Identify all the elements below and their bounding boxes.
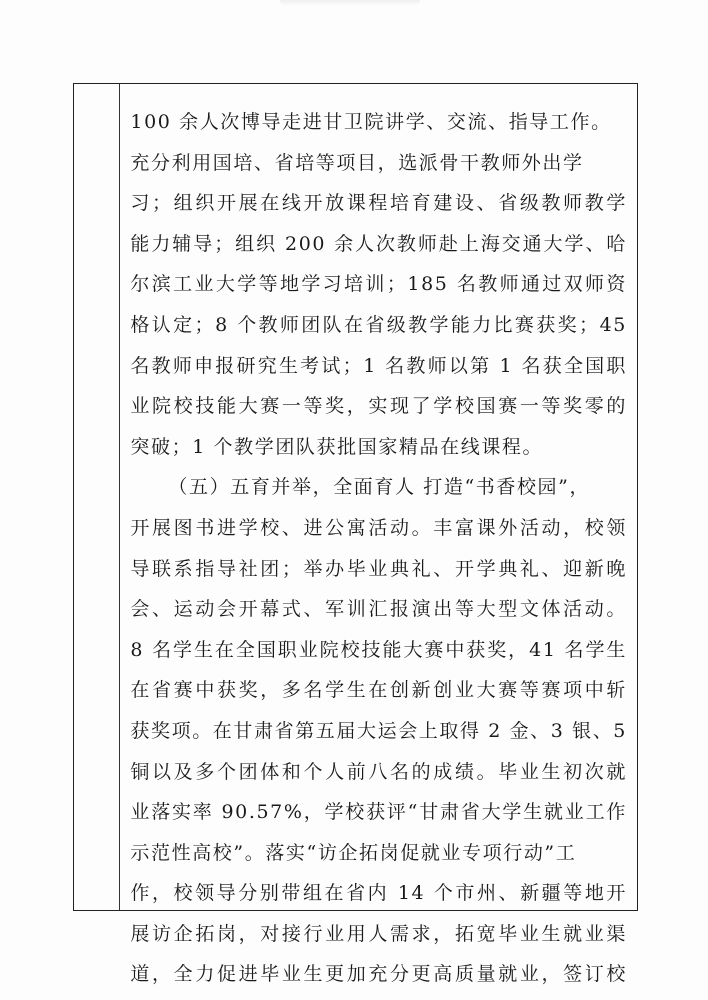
text-line: 充分利用国培、省培等项目，选派骨干教师外出学: [130, 143, 627, 184]
text-line: 名教师申报研究生考试；1 名教师以第 1 名获全国职: [130, 346, 627, 387]
text-line: 突破；1 个教学团队获批国家精品在线课程。: [130, 427, 627, 468]
text-line: 100 余人次博导走进甘卫院讲学、交流、指导工作。: [130, 102, 627, 143]
text-line: 能力辅导；组织 200 余人次教师赴上海交通大学、哈: [130, 224, 627, 265]
section-heading-line: （五）五育并举，全面育人 打造“书香校园”，: [130, 467, 627, 508]
text-line: 尔滨工业大学等地学习培训；185 名教师通过双师资: [130, 264, 627, 305]
text-line: 8 名学生在全国职业院校技能大赛中获奖，41 名学生: [130, 630, 627, 671]
text-line: 获奖项。在甘肃省第五届大运会上取得 2 金、3 银、5: [130, 711, 627, 752]
text-line: 在省赛中获奖，多名学生在创新创业大赛等赛项中斩: [130, 670, 627, 711]
table-label-cell: [74, 84, 120, 910]
table-content-cell: 100 余人次博导走进甘卫院讲学、交流、指导工作。 充分利用国培、省培等项目，选…: [120, 84, 637, 910]
text-line: 格认定；8 个教师团队在省级教学能力比赛获奖；45: [130, 305, 627, 346]
text-line: 作，校领导分别带组在省内 14 个市州、新疆等地开: [130, 873, 627, 914]
text-line: 道，全力促进毕业生更加充分更高质量就业，签订校: [130, 954, 627, 995]
text-line: 会、运动会开幕式、军训汇报演出等大型文体活动。: [130, 589, 627, 630]
text-line: 习；组织开展在线开放课程培育建设、省级教师教学: [130, 183, 627, 224]
scan-artifact: [280, 0, 420, 6]
text-line: 展访企拓岗，对接行业用人需求，拓宽毕业生就业渠: [130, 914, 627, 955]
text-line: 示范性高校”。落实“访企拓岗促就业专项行动”工: [130, 833, 627, 874]
text-line: 业院校技能大赛一等奖，实现了学校国赛一等奖零的: [130, 386, 627, 427]
text-line: 铜以及多个团体和个人前八名的成绩。毕业生初次就: [130, 752, 627, 793]
text-line: 业落实率 90.57%，学校获评“甘肃省大学生就业工作: [130, 792, 627, 833]
text-line: 导联系指导社团；举办毕业典礼、开学典礼、迎新晚: [130, 549, 627, 590]
text-line: 开展图书进学校、进公寓活动。丰富课外活动，校领: [130, 508, 627, 549]
document-table: 100 余人次博导走进甘卫院讲学、交流、指导工作。 充分利用国培、省培等项目，选…: [73, 83, 638, 911]
